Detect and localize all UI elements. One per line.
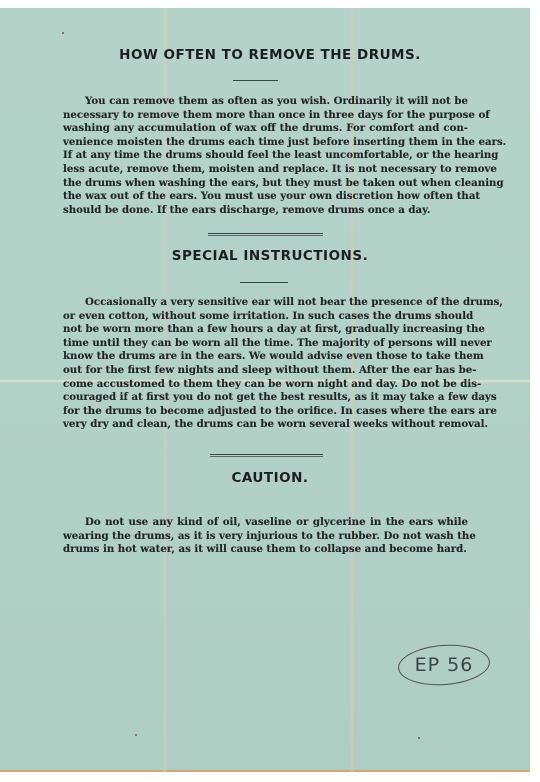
catalog-mark-text: EP 56: [399, 646, 489, 684]
text-line: the drums when washing the ears, but the…: [63, 177, 468, 191]
paragraph-special-instructions: Occasionally a very sensitive ear will n…: [63, 296, 468, 432]
paragraph-caution: Do not use any kind of oil, vaseline or …: [63, 516, 468, 557]
text-line: the wax out of the ears. You must use yo…: [63, 190, 468, 204]
text-line: or even cotton, without some irritation.…: [63, 310, 468, 324]
section-heading-caution: CAUTION.: [0, 470, 540, 486]
text-line: know the drums are in the ears. We would…: [63, 350, 468, 364]
paper-speck: [135, 734, 137, 736]
divider-rule: [240, 282, 288, 283]
text-line: less acute, remove them, moisten and rep…: [63, 163, 468, 177]
divider-double-rule: [210, 454, 323, 457]
text-line: If at any time the drums should feel the…: [63, 149, 468, 163]
text-line: couraged if at first you do not get the …: [63, 391, 468, 405]
paragraph-remove-drums: You can remove them as often as you wish…: [63, 95, 468, 217]
text-line: should be done. If the ears discharge, r…: [63, 204, 468, 218]
paper-speck: [418, 737, 420, 739]
text-line: You can remove them as often as you wish…: [63, 95, 468, 109]
handwritten-catalog-mark: EP 56: [397, 642, 492, 688]
text-line: Do not use any kind of oil, vaseline or …: [63, 516, 468, 530]
section-heading-remove-drums: HOW OFTEN TO REMOVE THE DRUMS.: [0, 47, 540, 63]
text-line: necessary to remove them more than once …: [63, 109, 468, 123]
section-heading-special-instructions: SPECIAL INSTRUCTIONS.: [0, 248, 540, 264]
text-line: for the drums to become adjusted to the …: [63, 405, 468, 419]
paper-speck: [62, 32, 64, 34]
divider-double-rule: [208, 233, 323, 236]
text-line: drums in hot water, as it will cause the…: [63, 543, 468, 557]
text-line: out for the first few nights and sleep w…: [63, 364, 468, 378]
text-line: wearing the drums, as it is very injurio…: [63, 530, 468, 544]
text-line: very dry and clean, the drums can be wor…: [63, 418, 468, 432]
text-line: Occasionally a very sensitive ear will n…: [63, 296, 468, 310]
divider-rule: [233, 80, 278, 81]
text-line: not be worn more than a few hours a day …: [63, 323, 468, 337]
text-line: venience moisten the drums each time jus…: [63, 136, 468, 150]
text-line: washing any accumulation of wax off the …: [63, 122, 468, 136]
text-line: time until they can be worn all the time…: [63, 337, 468, 351]
text-line: come accustomed to them they can be worn…: [63, 378, 468, 392]
